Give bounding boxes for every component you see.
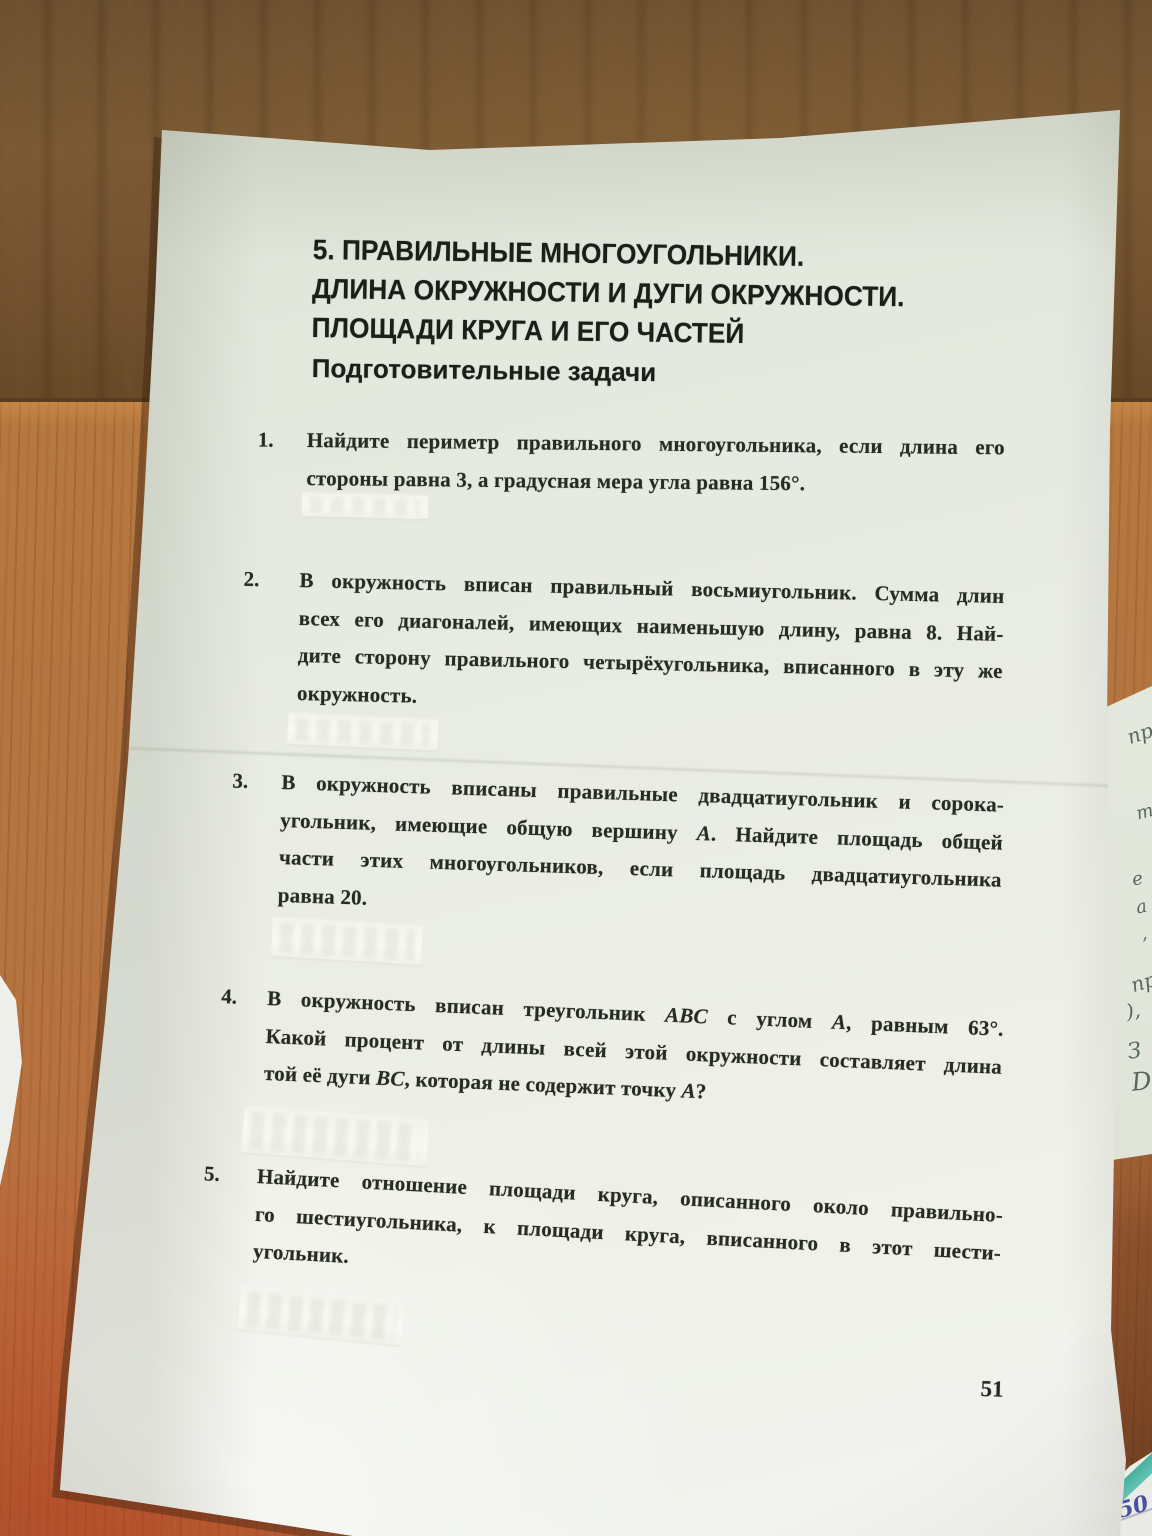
heading-line: ПЛОЩАДИ КРУГА И ЕГО ЧАСТЕЙ <box>311 308 904 355</box>
textbook-page: 5. ПРАВИЛЬНЫЕ МНОГОУГОЛЬНИКИ.ДЛИНА ОКРУЖ… <box>0 0 1152 1536</box>
answer-whiteout <box>287 714 438 751</box>
problem-item: 1.Найдите периметр правильного многоугол… <box>306 422 1005 504</box>
problem-item: 2.В окружность вписан правильный восьмиу… <box>297 562 1005 728</box>
problem-text: с углом <box>707 1004 832 1033</box>
problem-text: равна 20. <box>278 882 368 909</box>
problem-number: 2. <box>243 561 260 599</box>
section-subtitle: Подготовительные задачи <box>312 351 657 389</box>
problem-text: . Найдите площадь общей <box>711 821 1004 854</box>
problem-text: , которая не содержит точку <box>404 1067 682 1103</box>
problem-text: окружность. <box>297 680 418 707</box>
problem-number: 5. <box>203 1155 221 1193</box>
handwriting-fragment: е <box>1130 868 1145 891</box>
problem-number: 3. <box>232 762 249 800</box>
page-number: 51 <box>980 1376 1004 1403</box>
problem-item: 5.Найдите отношение площади круга, описа… <box>252 1158 1004 1309</box>
answer-whiteout <box>271 918 423 965</box>
problem-item: 3.В окружность вписаны правильные двадца… <box>277 764 1004 937</box>
problem-text: стороны равна 3, а градусная мера угла р… <box>306 465 805 494</box>
math-variable: ABC <box>665 1003 709 1029</box>
handwriting-fragment: m <box>1134 800 1152 825</box>
math-variable: BC <box>376 1066 405 1091</box>
math-variable: A <box>696 821 711 845</box>
problem-text: ? <box>695 1079 707 1103</box>
section-heading: 5. ПРАВИЛЬНЫЕ МНОГОУГОЛЬНИКИ.ДЛИНА ОКРУЖ… <box>311 230 905 355</box>
answer-whiteout <box>237 1287 405 1345</box>
handwriting-fragment: а <box>1134 896 1149 919</box>
handwriting-fragment: пр <box>1124 718 1152 749</box>
problem-text: Найдите периметр правильного многоугольн… <box>307 428 1005 459</box>
photo-of-textbook-page: прmеа,пр),ЗD 50 5. ПРАВИЛЬНЫЕ МНОГОУГОЛЬ… <box>0 0 1152 1536</box>
problem-text: угольник. <box>253 1239 350 1268</box>
handwriting-fragment: , <box>1139 923 1149 945</box>
problem-number: 4. <box>220 978 237 1016</box>
handwriting-fragment: D <box>1130 1066 1152 1097</box>
handwriting-fragment: пр <box>1128 967 1152 997</box>
problem-text: угольник, имеющие общую вершину <box>280 807 697 844</box>
problem-text: , равным 63°. <box>846 1010 1004 1041</box>
answer-whiteout <box>302 493 429 519</box>
handwriting-fragment: ), <box>1124 998 1142 1024</box>
problem-text: той её дуги <box>264 1061 377 1090</box>
problem-line: Найдите периметр правильного многоугольн… <box>307 422 1005 467</box>
answer-whiteout <box>241 1107 429 1166</box>
handwriting-fragment: З <box>1126 1038 1143 1065</box>
math-variable: A <box>681 1078 696 1103</box>
problem-item: 4.В окружность вписан треугольник ABC с … <box>263 980 1004 1123</box>
problem-number: 1. <box>258 421 274 459</box>
